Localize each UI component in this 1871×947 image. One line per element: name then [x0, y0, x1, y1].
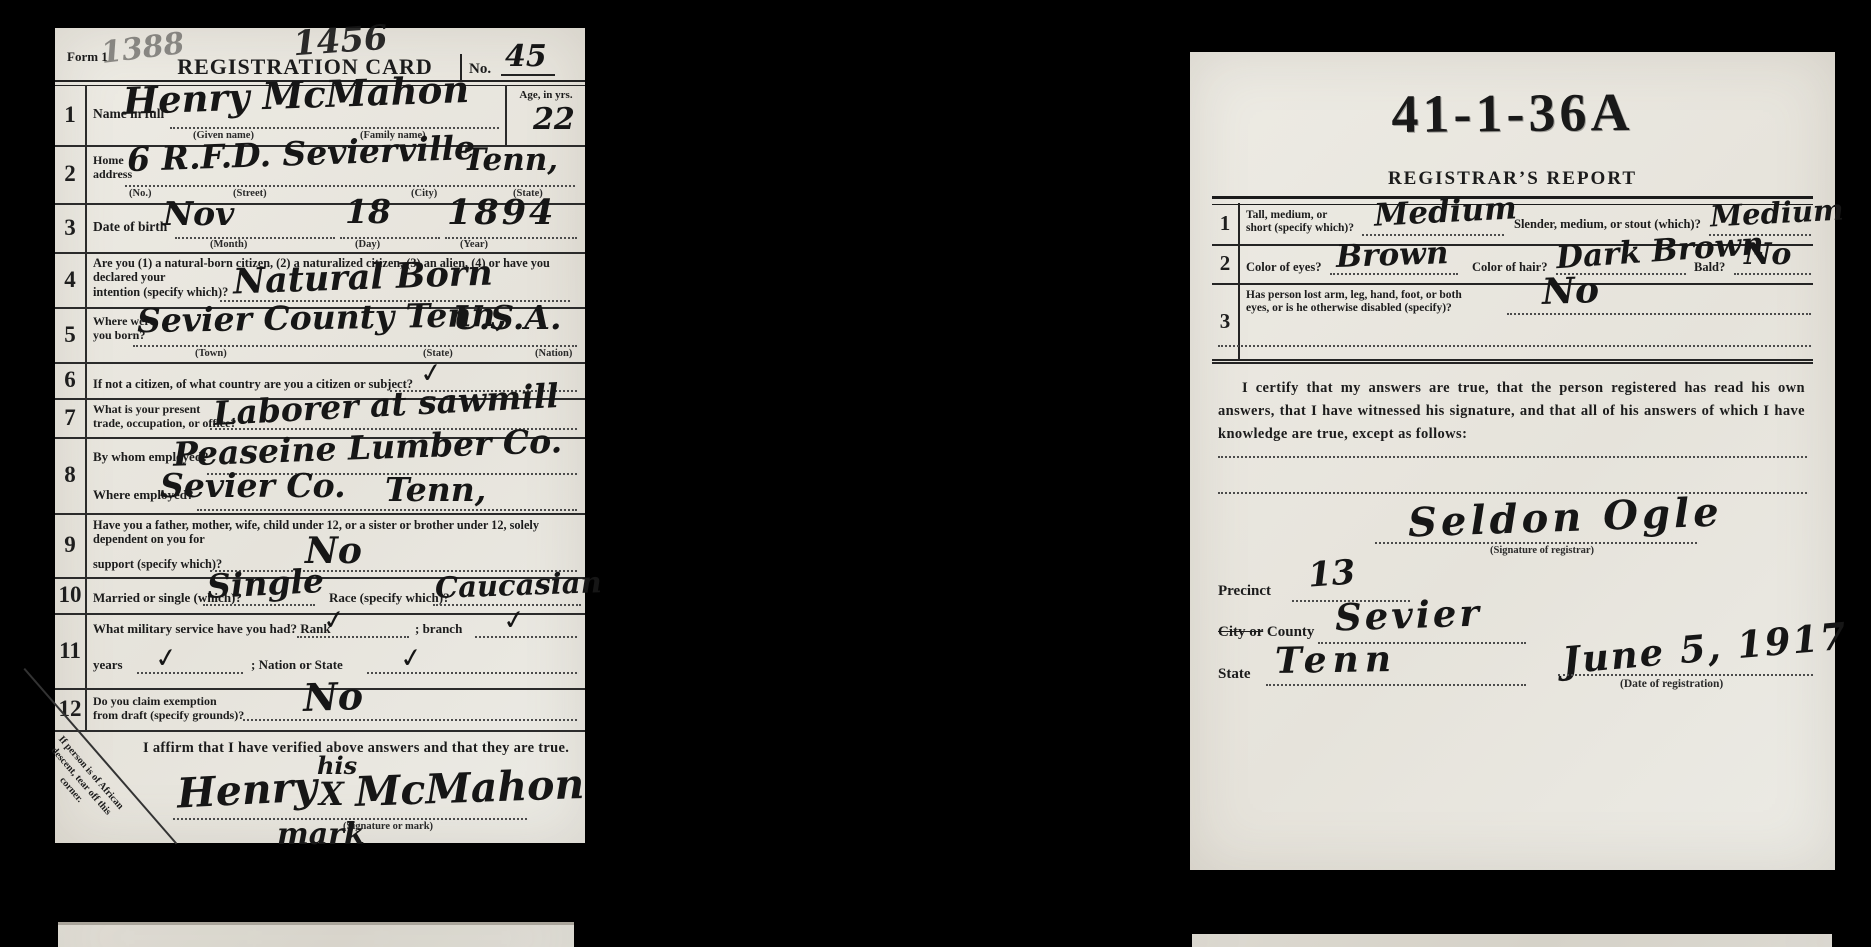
citizen-value: Natural Born [232, 255, 493, 299]
disability-blank-line [1218, 345, 1811, 347]
registrars-report-card: 41-1-36A REGISTRAR’S REPORT 1 Tall, medi… [1190, 52, 1835, 870]
married-value: Single [206, 564, 325, 603]
dependents-question-2: support (specify which)? [93, 557, 222, 571]
exemption-value: No [302, 677, 363, 717]
no-value: 45 [501, 42, 555, 76]
dob-day: 18 [345, 195, 391, 228]
age-box: Age, in yrs. 22 [505, 85, 585, 145]
disability-label-1: Has person lost arm, leg, hand, foot, or… [1246, 289, 1462, 302]
row-employer: 8 By whom employed? Peaseine Lumber Co. … [55, 437, 585, 515]
branch-label: ; branch [415, 622, 462, 637]
trade-label-1: What is your present [93, 403, 200, 417]
stamp-serial: 41-1-36A [1190, 79, 1836, 147]
sub-nation: (Nation) [535, 348, 572, 359]
sub-town: (Town) [195, 348, 227, 359]
build-label: Slender, medium, or stout (which)? [1514, 217, 1701, 231]
city-or-label-struck: City or [1218, 624, 1263, 640]
branch-line [475, 636, 577, 638]
age-label: Age, in yrs. [507, 89, 585, 102]
branch-checkmark: ✓ [501, 606, 527, 636]
row-number: 9 [55, 513, 87, 577]
age-value: 22 [533, 105, 575, 135]
row-number: 10 [55, 577, 87, 613]
race-label: Race (specify which)? [329, 591, 450, 606]
disability-value: No [1541, 272, 1599, 310]
registration-card: Form 1 1388 1456 REGISTRATION CARD No. 4… [55, 28, 585, 843]
row-number: 6 [55, 362, 87, 398]
sub-no: (No.) [129, 188, 151, 199]
next-card-edge-left [58, 922, 574, 947]
report-row-eyes-hair: 2 Color of eyes? Brown Color of hair? Da… [1212, 244, 1813, 285]
dob-year: 1894 [447, 195, 556, 230]
born-line [133, 345, 577, 347]
row-number: 7 [55, 398, 87, 437]
scanned-document-page: Form 1 1388 1456 REGISTRATION CARD No. 4… [0, 0, 1871, 947]
report-title: REGISTRAR’S REPORT [1190, 168, 1835, 190]
row-number: 1 [55, 85, 87, 145]
row-number: 5 [55, 307, 87, 362]
eyes-label: Color of eyes? [1246, 260, 1321, 274]
born-nation-value: U.S.A. [453, 301, 561, 334]
row-number: 11 [55, 613, 87, 688]
nation-state-label: ; Nation or State [251, 658, 343, 673]
sub-year: (Year) [460, 239, 488, 250]
precinct-label: Precinct [1218, 583, 1271, 600]
month-line [175, 237, 335, 239]
bald-line [1734, 273, 1811, 275]
where-employed-value: Sevier Co. [160, 469, 346, 502]
height-value: Medium [1373, 193, 1517, 231]
exception-line-1 [1218, 456, 1807, 458]
sub-month: (Month) [210, 239, 247, 250]
next-card-edge-right [1192, 934, 1832, 947]
no-label: No. [469, 61, 491, 78]
home-label-2: address [93, 168, 132, 182]
registrar-signature-label: (Signature of registrar) [1490, 545, 1594, 556]
row-number: 4 [55, 252, 87, 307]
bald-label: Bald? [1694, 260, 1725, 274]
sub-street: (Street) [233, 188, 267, 199]
row-where-born: 5 Where were you born? Sevier County Ten… [55, 307, 585, 364]
row-exemption: 12 Do you claim exemption from draft (sp… [55, 688, 585, 732]
state-line [1266, 684, 1526, 686]
dob-label: Date of birth [93, 219, 167, 235]
exemption-label-2: from draft (specify grounds)? [93, 709, 244, 723]
registration-date-line [1558, 674, 1813, 676]
where-employed-line [197, 509, 577, 511]
registration-date-value: June 5, 1917 [1561, 618, 1849, 680]
registrar-signature: Seldon Ogle [1407, 493, 1723, 544]
rank-line [297, 636, 409, 638]
build-value: Medium [1709, 196, 1844, 232]
sub-day: (Day) [355, 239, 380, 250]
name-value: Henry McMahon [122, 71, 469, 120]
precinct-value: 13 [1307, 555, 1357, 592]
row-number: 2 [1212, 244, 1240, 283]
born-value: Sevier County Tenn, [137, 298, 507, 337]
certification-text: I certify that my answers are true, that… [1218, 377, 1805, 447]
address-line [125, 185, 575, 187]
eyes-value: Brown [1335, 238, 1448, 273]
row-number: 3 [1212, 283, 1240, 359]
race-value: Caucasian [435, 568, 603, 603]
sub-city: (City) [411, 188, 437, 199]
nation-state-checkmark: ✓ [398, 644, 424, 674]
row-number: 8 [55, 437, 87, 513]
bald-value: No [1744, 240, 1791, 270]
address-state-value: Tenn, [463, 145, 558, 176]
nation-state-line [367, 672, 577, 674]
signature-first-name: Henry [176, 766, 318, 814]
height-label-2: short (specify which)? [1246, 222, 1354, 235]
exemption-label-1: Do you claim exemption [93, 695, 217, 709]
signature-x-mark: X [319, 778, 344, 810]
signature-mark: mark [277, 820, 365, 850]
state-label: State [1218, 666, 1251, 683]
county-value: Sevier [1334, 594, 1482, 636]
rank-checkmark: ✓ [321, 606, 347, 636]
years-line [137, 672, 243, 674]
report-row-disability: 3 Has person lost arm, leg, hand, foot, … [1212, 283, 1813, 364]
disability-label-2: eyes, or is he otherwise disabled (speci… [1246, 302, 1452, 315]
row-number: 2 [55, 145, 87, 203]
county-label: County [1267, 624, 1315, 640]
years-checkmark: ✓ [153, 644, 179, 674]
where-employed-state: Tenn, [385, 473, 486, 506]
home-label-1: Home [93, 154, 124, 168]
exemption-line [243, 719, 577, 721]
row-number: 1 [1212, 203, 1240, 244]
hair-label: Color of hair? [1472, 260, 1547, 274]
address-value: 6 R.F.D. Sevierville [127, 131, 476, 176]
signature-last-name: McMahon [354, 764, 585, 813]
registration-date-label: (Date of registration) [1620, 678, 1723, 690]
military-label: What military service have you had? Rank [93, 622, 331, 637]
years-label: years [93, 658, 123, 673]
height-label-1: Tall, medium, or [1246, 209, 1327, 222]
disability-line [1507, 313, 1811, 315]
dob-month: Nov [163, 197, 234, 230]
registrar-signature-line [1375, 542, 1697, 544]
row-number: 3 [55, 203, 87, 252]
row-date-of-birth: 3 Date of birth Nov 18 1894 (Month) (Day… [55, 203, 585, 254]
state-value: Tenn [1275, 641, 1398, 679]
citizen-question-2: intention (specify which)? [93, 285, 228, 299]
corner-note: If person is of African descent, tear of… [28, 724, 135, 839]
